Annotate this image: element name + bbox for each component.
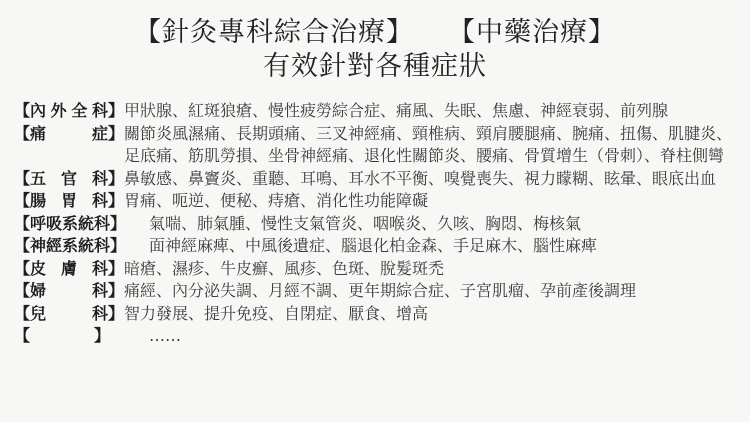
category-label: 【 】 (14, 325, 149, 348)
category-row-ent: 【 五 官 科 】 鼻敏感、鼻竇炎、重聽、耳鳴、耳水不平衡、嗅覺喪失、視力矇糊、… (14, 168, 744, 191)
category-label: 【呼吸系統科】 (14, 213, 149, 236)
bracket-open: 【 (14, 100, 30, 123)
page-subtitle: 有效針對各種症狀 (0, 50, 750, 84)
category-label: 【 五 官 科 】 (14, 168, 124, 191)
category-row-neurology: 【神經系統科】 面神經麻痺、中風後遺症、腦退化柏金森、手足麻木、腦性麻痺 (14, 235, 744, 258)
category-label: 【 婦 科 】 (14, 280, 124, 303)
category-items: 暗瘡、濕疹、牛皮癬、風疹、色斑、脫髮斑禿 (124, 258, 744, 281)
category-items: 胃痛、呃逆、便秘、痔瘡、消化性功能障礙 (124, 190, 744, 213)
category-items: 痛經、內分泌失調、月經不調、更年期綜合症、子宮肌瘤、孕前產後調理 (124, 280, 744, 303)
category-row-cutoff: 【 】 …… (14, 325, 744, 348)
category-label: 【 皮 膚 科 】 (14, 258, 124, 281)
category-label: 【神經系統科】 (14, 235, 149, 258)
category-label: 【 內 外 全 科 】 (14, 100, 124, 123)
bracket-close: 】 (108, 100, 124, 123)
category-list: 【 內 外 全 科 】 甲狀腺、紅斑狼瘡、慢性疲勞綜合症、痛風、失眠、焦慮、神經… (14, 100, 744, 348)
category-row-pain: 【 痛 症 】 關節炎風濕痛、長期頭痛、三叉神經痛、頸椎病、頸肩腰腿痛、腕痛、扭… (14, 123, 744, 168)
category-row-gastro: 【 腸 胃 科 】 胃痛、呃逆、便秘、痔瘡、消化性功能障礙 (14, 190, 744, 213)
header: 【針灸專科綜合治療】【中藥治療】 有效針對各種症狀 (0, 0, 750, 84)
category-row-internal-medicine: 【 內 外 全 科 】 甲狀腺、紅斑狼瘡、慢性疲勞綜合症、痛風、失眠、焦慮、神經… (14, 100, 744, 123)
category-items: 甲狀腺、紅斑狼瘡、慢性疲勞綜合症、痛風、失眠、焦慮、神經衰弱、前列腺 (124, 100, 744, 123)
category-items: 氣喘、肺氣腫、慢性支氣管炎、咽喉炎、久咳、胸悶、梅核氣 (149, 213, 744, 236)
category-items: 面神經麻痺、中風後遺症、腦退化柏金森、手足麻木、腦性麻痺 (149, 235, 744, 258)
category-label: 【 腸 胃 科 】 (14, 190, 124, 213)
clinic-services-document: 【針灸專科綜合治療】【中藥治療】 有效針對各種症狀 【 內 外 全 科 】 甲狀… (0, 0, 750, 422)
category-label: 【 兒 科 】 (14, 303, 124, 326)
title-herbal: 【中藥治療】 (448, 17, 616, 48)
category-row-pediatrics: 【 兒 科 】 智力發展、提升免疫、自閉症、厭食、增高 (14, 303, 744, 326)
page-title: 【針灸專科綜合治療】【中藥治療】 (0, 16, 750, 50)
title-acupuncture: 【針灸專科綜合治療】 (134, 17, 414, 48)
category-row-gynecology: 【 婦 科 】 痛經、內分泌失調、月經不調、更年期綜合症、子宮肌瘤、孕前產後調理 (14, 280, 744, 303)
category-row-respiratory: 【呼吸系統科】 氣喘、肺氣腫、慢性支氣管炎、咽喉炎、久咳、胸悶、梅核氣 (14, 213, 744, 236)
category-items: 關節炎風濕痛、長期頭痛、三叉神經痛、頸椎病、頸肩腰腿痛、腕痛、扭傷、肌腱炎、足底… (124, 123, 744, 168)
category-row-dermatology: 【 皮 膚 科 】 暗瘡、濕疹、牛皮癬、風疹、色斑、脫髮斑禿 (14, 258, 744, 281)
category-items: 智力發展、提升免疫、自閉症、厭食、增高 (124, 303, 744, 326)
category-label: 【 痛 症 】 (14, 123, 124, 146)
category-items: …… (149, 325, 744, 348)
category-items: 鼻敏感、鼻竇炎、重聽、耳鳴、耳水不平衡、嗅覺喪失、視力矇糊、眩暈、眼底出血 (124, 168, 744, 191)
